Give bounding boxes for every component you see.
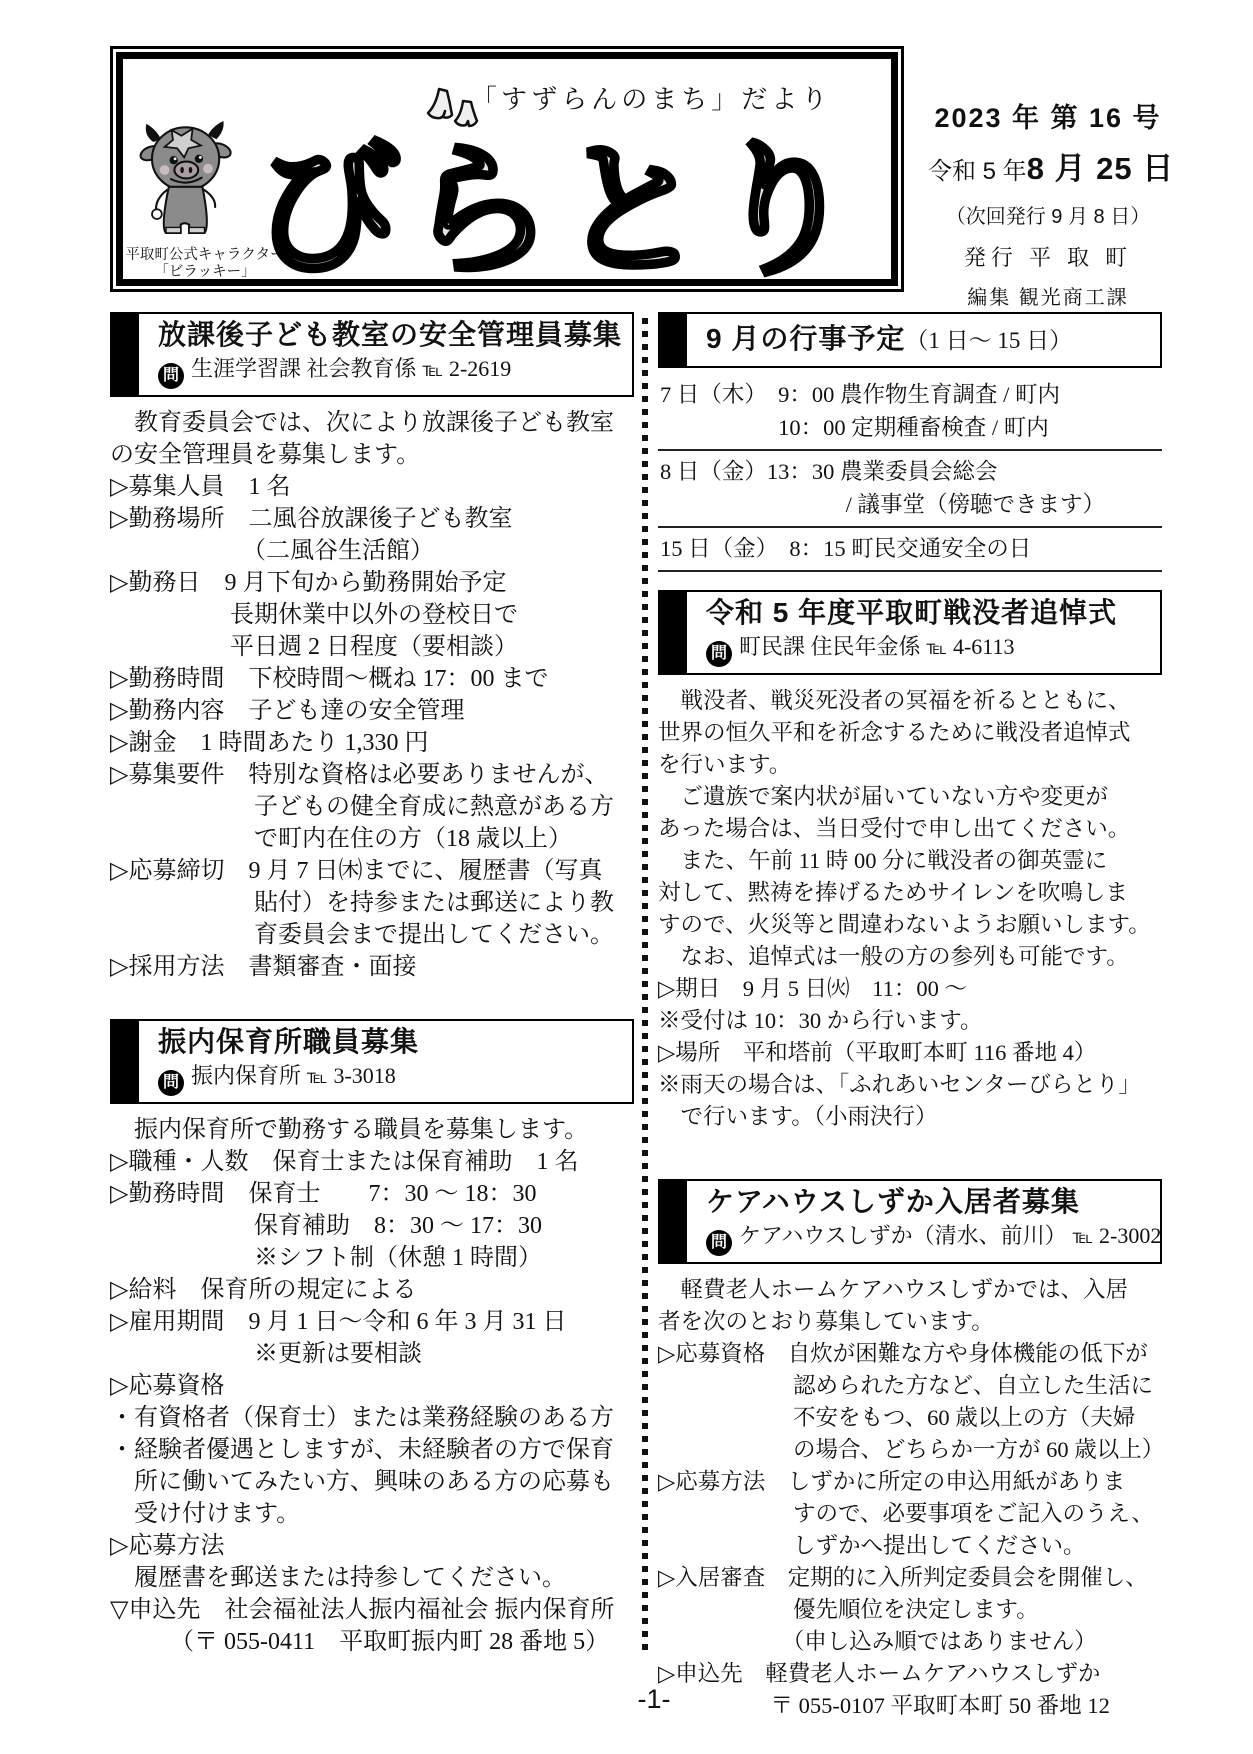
article-hoiku-staff-recruit: 振内保育所職員募集 問振内保育所℡3-3018 振内保育所で勤務する職員を募集し… (110, 1019, 634, 1658)
tel-icon: ℡ (423, 360, 443, 381)
text-line: 保育補助 8：30 ～ 17：30 (110, 1210, 634, 1242)
text-line: ▷応募方法 (110, 1530, 634, 1562)
text-line: ▷応募締切 9 月 7 日㈭までに、履歴書（写真 (110, 855, 634, 887)
text-line: 受け付けます。 (110, 1498, 634, 1530)
text-line: ▷場所 平和塔前（平取町本町 116 番地 4） (658, 1037, 1162, 1069)
contact-name: 振内保育所 (191, 1063, 301, 1088)
text-line: ご遺族で案内状が届いていない方や変更が (658, 781, 1162, 813)
text-line: で町内在住の方（18 歳以上） (110, 823, 634, 855)
text-line: ▷勤務内容 子ども達の安全管理 (110, 695, 634, 727)
text-line: ※シフト制（休憩 1 時間） (110, 1242, 634, 1274)
newsletter-title: びらとり (255, 93, 863, 303)
text-line: 履歴書を郵送または持参してください。 (110, 1562, 634, 1594)
title-accent-bar (660, 592, 687, 673)
article-body: 振内保育所で勤務する職員を募集します。▷職種・人数 保育士または保育補助 1 名… (110, 1114, 634, 1658)
text-line: 育委員会まで提出してください。 (110, 919, 634, 951)
schedule-row: 7 日（木） 9：00 農作物生育調査 / 町内 10：00 定期種畜検査 / … (658, 374, 1162, 451)
text-line: ▷応募資格 自炊が困難な方や身体機能の低下が (658, 1338, 1162, 1370)
publisher: 発行 平 取 町 (928, 241, 1168, 272)
tel-icon: ℡ (307, 1067, 327, 1088)
article-body: 戦没者、戦災死没者の冥福を祈るとともに、世界の恒久平和を祈念するために戦没者追悼… (658, 685, 1162, 1133)
right-column: 9 月の行事予定（1 日～ 15 日） 7 日（木） 9：00 農作物生育調査 … (658, 312, 1162, 1722)
article-afterschool-safety-recruit: 放課後子ども教室の安全管理員募集 問生涯学習課 社会教育係℡2-2619 教育委… (110, 312, 634, 983)
tel-number: 2-3002 (1099, 1223, 1161, 1248)
mascot-biracky-icon (131, 111, 243, 243)
article-contact: 問生涯学習課 社会教育係℡2-2619 (158, 354, 626, 389)
text-line: 不安をもつ、60 歳以上の方（夫婦 (658, 1402, 1162, 1434)
article-contact: 問町民課 住民年金係℡4-6113 (706, 632, 1154, 667)
article-title: ケアハウスしずか入居者募集 (706, 1185, 1154, 1219)
inquiry-circle-icon: 問 (706, 1230, 732, 1256)
text-line: ▷募集人員 1 名 (110, 471, 634, 503)
text-line: すので、必要事項をご記入のうえ、 (658, 1498, 1162, 1530)
text-line: 戦没者、戦災死没者の冥福を祈るとともに、 (658, 685, 1162, 717)
article-contact: 問振内保育所℡3-3018 (158, 1061, 626, 1096)
article-war-memorial-service: 令和 5 年度平取町戦没者追悼式 問町民課 住民年金係℡4-6113 戦没者、戦… (658, 590, 1162, 1133)
text-line: 対して、黙祷を捧げるためサイレンを吹鳴しま (658, 877, 1162, 909)
text-line: ▷勤務時間 下校時間～概ね 17：00 まで (110, 663, 634, 695)
text-line: 軽費老人ホームケアハウスしずかでは、入居 (658, 1274, 1162, 1306)
text-line: ▷雇用期間 9 月 1 日～令和 6 年 3 月 31 日 (110, 1306, 634, 1338)
contact-name: 生涯学習課 社会教育係 (191, 356, 417, 381)
text-line: 認められた方など、自立した生活に (658, 1370, 1162, 1402)
article-title-box: 9 月の行事予定（1 日～ 15 日） (658, 312, 1162, 368)
inquiry-circle-icon: 問 (158, 1070, 184, 1096)
article-title-box: 令和 5 年度平取町戦没者追悼式 問町民課 住民年金係℡4-6113 (658, 590, 1162, 675)
masthead-inner-border: 平取町公式キャラクター 「ビラッキー」 「すずらんのまち」だより びらとり (116, 52, 898, 286)
text-line: 長期休業中以外の登校日で (110, 599, 634, 631)
text-line: で行います。（小雨決行） (658, 1101, 1162, 1133)
page-number: -1- (554, 1684, 754, 1715)
text-line: （〒 055-0411 平取町振内町 28 番地 5） (110, 1626, 634, 1658)
article-title: 放課後子ども教室の安全管理員募集 (158, 318, 626, 352)
text-line: ▷入居審査 定期的に入所判定委員会を開催し、 (658, 1562, 1162, 1594)
title-accent-bar (112, 1021, 139, 1102)
text-line: 優先順位を決定します。 (658, 1594, 1162, 1626)
article-title-box: ケアハウスしずか入居者募集 問ケアハウスしずか（清水、前川）℡2-3002 (658, 1179, 1162, 1264)
article-september-events: 9 月の行事予定（1 日～ 15 日） 7 日（木） 9：00 農作物生育調査 … (658, 312, 1162, 572)
editor: 編集 観光商工課 (928, 281, 1168, 310)
schedule-row: 8 日（金）13：30 農業委員会総会 / 議事堂（傍聴できます） (658, 451, 1162, 528)
column-divider (642, 318, 648, 1650)
issue-date-main: 8 月 25 日 (1027, 151, 1175, 186)
events-title-range: （1 日～ 15 日） (905, 328, 1072, 353)
events-schedule: 7 日（木） 9：00 農作物生育調査 / 町内 10：00 定期種畜検査 / … (658, 374, 1162, 572)
contact-name: 町民課 住民年金係 (739, 634, 921, 659)
text-line: ▷勤務場所 二風谷放課後子ども教室 (110, 503, 634, 535)
article-carehouse-shizuka-recruit: ケアハウスしずか入居者募集 問ケアハウスしずか（清水、前川）℡2-3002 軽費… (658, 1179, 1162, 1722)
text-line: また、午前 11 時 00 分に戦没者の御英霊に (658, 845, 1162, 877)
article-title: 振内保育所職員募集 (158, 1025, 626, 1059)
text-line: 振内保育所で勤務する職員を募集します。 (110, 1114, 634, 1146)
article-title-box: 振内保育所職員募集 問振内保育所℡3-3018 (110, 1019, 634, 1104)
text-line: ※更新は要相談 (110, 1338, 634, 1370)
text-line: しずかへ提出してください。 (658, 1530, 1162, 1562)
text-line: 世界の恒久平和を祈念するために戦没者追悼式 (658, 717, 1162, 749)
next-issue-date: （次回発行 9 月 8 日） (928, 200, 1168, 229)
schedule-row: 15 日（金） 8：15 町民交通安全の日 (658, 528, 1162, 572)
text-line: 教育委員会では、次により放課後子ども教室 (110, 407, 634, 439)
schedule-line: 8 日（金）13：30 農業委員会総会 (660, 455, 1160, 488)
tel-icon: ℡ (1073, 1227, 1093, 1248)
tel-number: 2-2619 (449, 356, 511, 381)
text-line: を行います。 (658, 749, 1162, 781)
tel-number: 4-6113 (953, 634, 1015, 659)
issue-number: 2023 年 第 16 号 (928, 96, 1168, 135)
inquiry-circle-icon: 問 (158, 363, 184, 389)
newsletter-page: 平取町公式キャラクター 「ビラッキー」 「すずらんのまち」だより びらとり 20… (0, 0, 1253, 1754)
schedule-line: 15 日（金） 8：15 町民交通安全の日 (660, 532, 1160, 565)
text-line: ▷期日 9 月 5 日㈫ 11：00 ～ (658, 973, 1162, 1005)
text-line: ▷謝金 1 時間あたり 1,330 円 (110, 727, 634, 759)
text-line: ▽申込先 社会福祉法人振内福祉会 振内保育所 (110, 1594, 634, 1626)
title-accent-bar (112, 314, 139, 395)
text-line: ※受付は 10：30 から行います。 (658, 1005, 1162, 1037)
text-line: の安全管理員を募集します。 (110, 439, 634, 471)
article-title: 令和 5 年度平取町戦没者追悼式 (706, 596, 1154, 630)
tel-number: 3-3018 (333, 1063, 395, 1088)
article-title: 9 月の行事予定（1 日～ 15 日） (706, 322, 1154, 358)
text-line: ▷給料 保育所の規定による (110, 1274, 634, 1306)
left-column: 放課後子ども教室の安全管理員募集 問生涯学習課 社会教育係℡2-2619 教育委… (110, 312, 634, 1658)
text-line: ▷募集要件 特別な資格は必要ありませんが、 (110, 759, 634, 791)
article-title-box: 放課後子ども教室の安全管理員募集 問生涯学習課 社会教育係℡2-2619 (110, 312, 634, 397)
text-line: 貼付）を持参または郵送により教 (110, 887, 634, 919)
events-title: 9 月の行事予定 (706, 323, 905, 354)
text-line: ▷職種・人数 保育士または保育補助 1 名 (110, 1146, 634, 1178)
text-line: ▷勤務時間 保育士 7：30 ～ 18：30 (110, 1178, 634, 1210)
article-body: 教育委員会では、次により放課後子ども教室の安全管理員を募集します。▷募集人員 1… (110, 407, 634, 983)
text-line: の場合、どちらか一方が 60 歳以上） (658, 1434, 1162, 1466)
text-line: ▷応募資格 (110, 1370, 634, 1402)
contact-name: ケアハウスしずか（清水、前川） (739, 1223, 1067, 1248)
text-line: ▷応募方法 しずかに所定の申込用紙がありま (658, 1466, 1162, 1498)
title-accent-bar (660, 1181, 687, 1262)
issue-date-era: 令和 5 年 (928, 158, 1027, 185)
text-line: （申し込み順ではありません） (658, 1626, 1162, 1658)
inquiry-circle-icon: 問 (706, 641, 732, 667)
schedule-line: / 議事堂（傍聴できます） (660, 488, 1160, 521)
text-line: 所に働いてみたい方、興味のある方の応募も (110, 1466, 634, 1498)
text-line: 平日週 2 日程度（要相談） (110, 631, 634, 663)
tel-icon: ℡ (927, 638, 947, 659)
text-line: ・経験者優遇としますが、未経験者の方で保育 (110, 1434, 634, 1466)
text-line: ※雨天の場合は、「ふれあいセンターびらとり」 (658, 1069, 1162, 1101)
issue-info: 2023 年 第 16 号 令和 5 年8 月 25 日 （次回発行 9 月 8… (928, 96, 1168, 310)
text-line: あった場合は、当日受付で申し出てください。 (658, 813, 1162, 845)
text-line: すので、火災等と間違わないようお願いします。 (658, 909, 1162, 941)
issue-date: 令和 5 年8 月 25 日 (928, 143, 1168, 188)
title-accent-bar (660, 314, 687, 366)
article-body: 軽費老人ホームケアハウスしずかでは、入居者を次のとおり募集しています。▷応募資格… (658, 1274, 1162, 1722)
text-line: ▷採用方法 書類審査・面接 (110, 951, 634, 983)
text-line: 子どもの健全育成に熱意がある方 (110, 791, 634, 823)
text-line: ▷勤務日 9 月下旬から勤務開始予定 (110, 567, 634, 599)
masthead-box: 平取町公式キャラクター 「ビラッキー」 「すずらんのまち」だより びらとり (110, 46, 904, 292)
schedule-line: 10：00 定期種畜検査 / 町内 (660, 411, 1160, 444)
text-line: 者を次のとおり募集しています。 (658, 1306, 1162, 1338)
text-line: なお、追悼式は一般の方の参列も可能です。 (658, 941, 1162, 973)
text-line: （二風谷生活館） (110, 535, 634, 567)
article-contact: 問ケアハウスしずか（清水、前川）℡2-3002 (706, 1221, 1154, 1256)
schedule-line: 7 日（木） 9：00 農作物生育調査 / 町内 (660, 378, 1160, 411)
text-line: ・有資格者（保育士）または業務経験のある方 (110, 1402, 634, 1434)
